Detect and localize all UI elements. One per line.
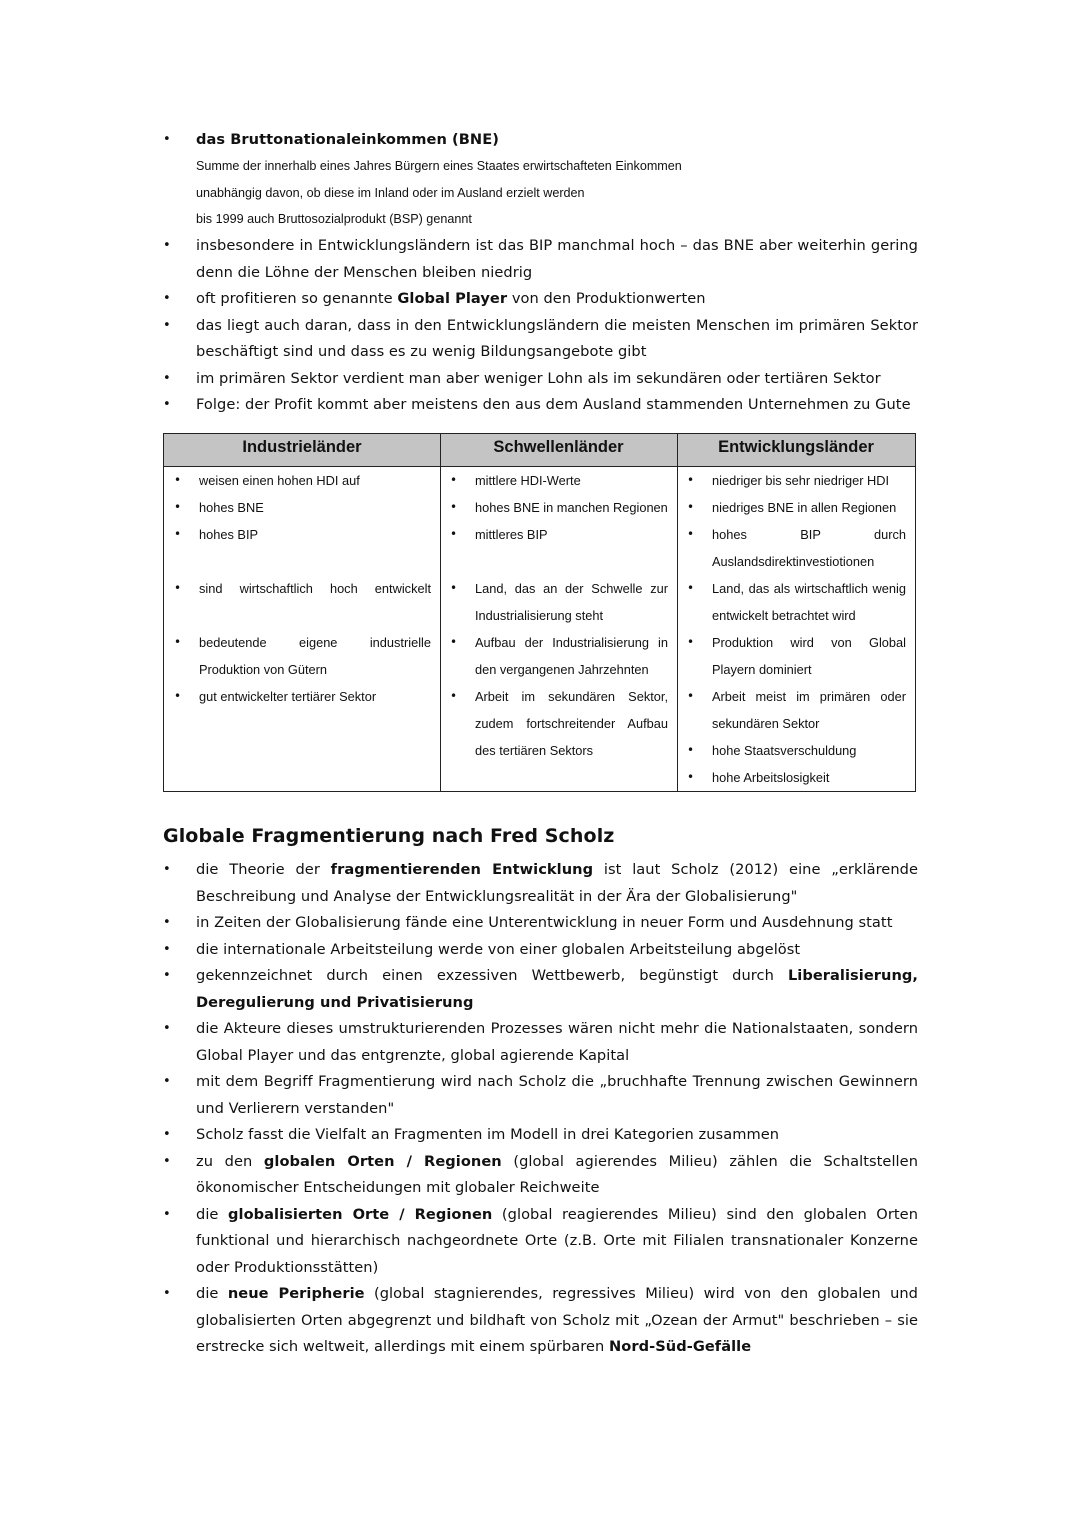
cell-list: weisen einen hohen HDI auf hohes BNE hoh… — [164, 467, 440, 710]
list-item: Folge: der Profit kommt aber meistens de… — [163, 392, 918, 419]
table-cell-item: Produktion wird von Global Playern domin… — [677, 629, 915, 683]
table-column-entwicklungslaender: niedriger bis sehr niedriger HDI niedrig… — [677, 467, 915, 791]
list-item-text: die — [196, 1285, 228, 1302]
list-item-bold: globalen Orten / Regionen — [264, 1153, 502, 1170]
section-title: Globale Fragmentierung nach Fred Scholz — [163, 825, 614, 847]
list-item: insbesondere in Entwicklungsländern ist … — [163, 233, 918, 286]
document-page: das Bruttonationaleinkommen (BNE) Summe … — [0, 0, 1080, 1527]
list-item-text: von den Produktionwerten — [507, 290, 705, 307]
table-cell-item: niedriges BNE in allen Regionen — [677, 494, 915, 521]
table-cell-item: sind wirtschaftlich hoch entwickelt — [164, 575, 440, 602]
list-item: die Theorie der fragmentierenden Entwick… — [163, 857, 918, 910]
list-item: oft profitieren so genannte Global Playe… — [163, 286, 918, 313]
list-item: im primären Sektor verdient man aber wen… — [163, 366, 918, 393]
table-cell-item: Arbeit meist im primären oder sekundären… — [677, 683, 915, 737]
list-item: gekennzeichnet durch einen exzessiven We… — [163, 963, 918, 1016]
bne-line: Summe der innerhalb eines Jahres Bürgern… — [163, 153, 918, 180]
list-item-text: die — [196, 1206, 228, 1223]
list-item-text: mit dem Begriff Fragmentierung wird nach… — [196, 1073, 918, 1117]
list-item-text: insbesondere in Entwicklungsländern ist … — [196, 237, 918, 281]
list-item: in Zeiten der Globalisierung fände eine … — [163, 910, 918, 937]
list-item: die internationale Arbeitsteilung werde … — [163, 937, 918, 964]
cell-list: mittlere HDI-Werte hohes BNE in manchen … — [440, 467, 677, 764]
table-cell-item: hohes BNE in manchen Regionen — [440, 494, 677, 521]
list-item: zu den globalen Orten / Regionen (global… — [163, 1149, 918, 1202]
list-item: die neue Peripherie (global stagnierende… — [163, 1281, 918, 1361]
table-cell-item: Aufbau der Industrialisierung in den ver… — [440, 629, 677, 683]
table-column-schwellenlaender: mittlere HDI-Werte hohes BNE in manchen … — [440, 467, 677, 791]
list-item: die globalisierten Orte / Regionen (glob… — [163, 1202, 918, 1282]
list-item-text: im primären Sektor verdient man aber wen… — [196, 370, 881, 387]
list-item: die Akteure dieses umstrukturierenden Pr… — [163, 1016, 918, 1069]
list-item-bold: globalisierten Orte / Regionen — [228, 1206, 492, 1223]
table-cell-item: hohe Staatsverschuldung — [677, 737, 915, 764]
list-item-text: die internationale Arbeitsteilung werde … — [196, 941, 800, 958]
table-cell-item: hohes BNE — [164, 494, 440, 521]
intro-bullet-list: insbesondere in Entwicklungsländern ist … — [163, 233, 918, 419]
table-cell-item: hohes BIP durch Auslandsdirektinvestioti… — [677, 521, 915, 575]
table-header-entwicklungslaender: Entwicklungsländer — [677, 434, 915, 467]
table-cell-item: mittlere HDI-Werte — [440, 467, 677, 494]
section-bullet-list: die Theorie der fragmentierenden Entwick… — [163, 857, 918, 1361]
list-item-text: oft profitieren so genannte — [196, 290, 397, 307]
table-cell-item: Land, das an der Schwelle zur Industrial… — [440, 575, 677, 629]
list-item-bold: Global Player — [397, 290, 507, 307]
bne-title: das Bruttonationaleinkommen (BNE) — [196, 131, 499, 148]
table-cell-item: Arbeit im sekundären Sektor, zudem forts… — [440, 683, 677, 764]
bne-bullet: das Bruttonationaleinkommen (BNE) — [163, 127, 918, 154]
list-item-text: die Theorie der — [196, 861, 331, 878]
bne-definition: Summe der innerhalb eines Jahres Bürgern… — [163, 153, 918, 233]
cell-list: niedriger bis sehr niedriger HDI niedrig… — [677, 467, 915, 791]
list-item-text: gekennzeichnet durch einen exzessiven We… — [196, 967, 788, 984]
table-cell-item: hohes BIP — [164, 521, 440, 548]
list-item-bold: neue Peripherie — [228, 1285, 365, 1302]
table-header-schwellenlaender: Schwellenländer — [440, 434, 677, 467]
list-item-text: die Akteure dieses umstrukturierenden Pr… — [196, 1020, 918, 1064]
table-cell-item: hohe Arbeitslosigkeit — [677, 764, 915, 791]
table-cell-item: gut entwickelter tertiärer Sektor — [164, 683, 440, 710]
list-item-text: in Zeiten der Globalisierung fände eine … — [196, 914, 892, 931]
table-column-industrielaender: weisen einen hohen HDI auf hohes BNE hoh… — [164, 467, 440, 791]
table-cell-item: Land, das als wirtschaftlich wenig entwi… — [677, 575, 915, 629]
table-cell-item: mittleres BIP — [440, 521, 677, 548]
list-item: Scholz fasst die Vielfalt an Fragmenten … — [163, 1122, 918, 1149]
country-comparison-table: Industrieländer Schwellenländer Entwickl… — [163, 433, 916, 792]
intro-bne-list: das Bruttonationaleinkommen (BNE) — [163, 127, 918, 154]
table-header-industrielaender: Industrieländer — [164, 434, 440, 467]
list-item-text: Folge: der Profit kommt aber meistens de… — [196, 396, 911, 413]
list-item-text: zu den — [196, 1153, 264, 1170]
table-cell-item: niedriger bis sehr niedriger HDI — [677, 467, 915, 494]
table-cell-item: bedeutende eigene industrielle Produktio… — [164, 629, 440, 683]
list-item-text: Scholz fasst die Vielfalt an Fragmenten … — [196, 1126, 779, 1143]
bne-line: bis 1999 auch Bruttosozialprodukt (BSP) … — [163, 206, 918, 233]
list-item: das liegt auch daran, dass in den Entwic… — [163, 313, 918, 366]
list-item-text: das liegt auch daran, dass in den Entwic… — [196, 317, 918, 361]
bne-line: unabhängig davon, ob diese im Inland ode… — [163, 180, 918, 207]
list-item-bold: Nord-Süd-Gefälle — [609, 1338, 751, 1355]
table-cell-item: weisen einen hohen HDI auf — [164, 467, 440, 494]
list-item-bold: fragmentierenden Entwicklung — [331, 861, 593, 878]
list-item: mit dem Begriff Fragmentierung wird nach… — [163, 1069, 918, 1122]
